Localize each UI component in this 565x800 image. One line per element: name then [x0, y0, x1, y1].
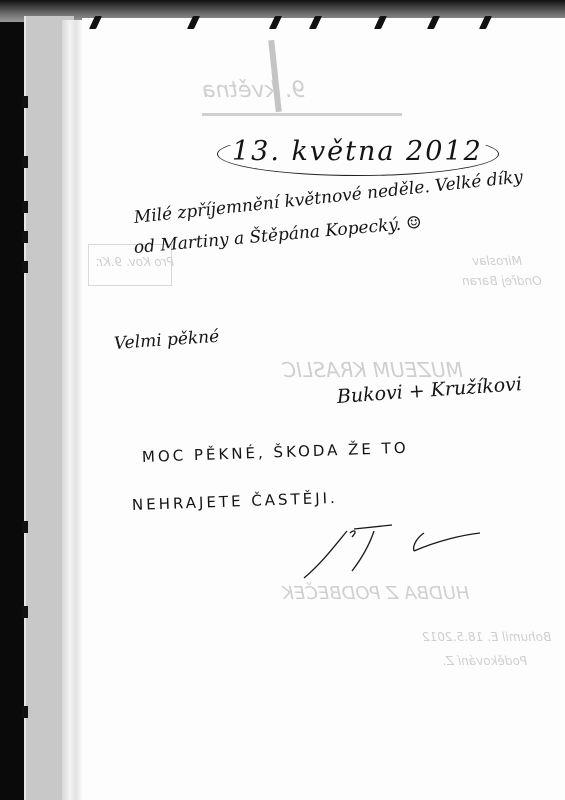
binding-ring: [187, 16, 200, 29]
binding-ring: [479, 16, 492, 29]
ghost-underline: [202, 113, 402, 116]
ghost-header: 9. května: [202, 78, 305, 103]
entry-1-line-1: Milé zpříjemnění květnové neděle. Velké …: [133, 167, 524, 228]
binder-notch: [22, 156, 28, 168]
ghost-text: Ondřej Baran: [462, 274, 542, 288]
ghost-text: Miroslav: [472, 254, 522, 268]
entry-3-line-1: MOC PĚKNÉ, ŠKODA ŽE TO: [142, 439, 409, 466]
ghost-text: HUDBA Z PODBEČEK: [282, 583, 469, 604]
page-stack-edge: [62, 20, 82, 800]
ghost-text: Poděkování Z.: [442, 654, 527, 668]
binder-notch: [22, 96, 28, 108]
binder-notch: [22, 231, 28, 243]
binder-notch: [22, 706, 28, 718]
ghost-text: Bohumil E. 18.5.2012: [422, 630, 551, 644]
binding-ring: [269, 16, 282, 29]
binding-ring: [374, 16, 387, 29]
binding-ring: [89, 16, 102, 29]
binder-notch: [22, 201, 28, 213]
entry-2-line-1: Velmi pěkné: [113, 327, 220, 354]
binder-notch: [22, 261, 28, 273]
binder-notch: [22, 521, 28, 533]
binding-ring: [427, 16, 440, 29]
binder-notch: [22, 606, 28, 618]
entry-3-signature-icon: [302, 523, 482, 583]
guestbook-page: 9. května Pro Kov. 9.Kr. Miroslav Ondřej…: [82, 18, 565, 800]
entry-date: 13. května 2012: [232, 136, 483, 167]
binding-ring: [309, 16, 322, 29]
entry-3-line-2: NEHRAJETE ČASTĚJI.: [132, 489, 338, 514]
